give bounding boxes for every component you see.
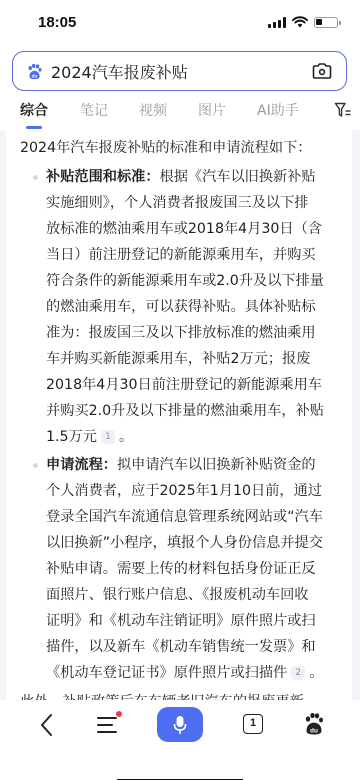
back-icon[interactable] (36, 712, 58, 738)
bullet-title: 申请流程： (46, 457, 117, 473)
search-tabs: 综合 笔记 视频 图片 AI助手 (0, 98, 360, 130)
tab-images[interactable]: 图片 (198, 100, 226, 120)
tab-videos[interactable]: 视频 (139, 100, 167, 120)
svg-text:du: du (31, 73, 37, 78)
citation-badge[interactable]: 2 (291, 666, 305, 680)
signal-icon (268, 17, 286, 28)
notification-dot (116, 711, 122, 717)
tab-notes[interactable]: 笔记 (80, 100, 108, 120)
bullet-title: 补贴范围和标准： (46, 169, 160, 185)
menu-icon (96, 714, 120, 736)
filter-icon[interactable] (334, 101, 352, 119)
bullet-dot (33, 463, 38, 468)
answer-tail-text: 此外，补贴政策后在车辆老旧汽车的报废更新 (20, 690, 304, 700)
baidu-home-icon[interactable]: du (303, 712, 325, 736)
search-bar[interactable]: du 2024汽车报废补贴 (12, 51, 347, 91)
status-bar: 18:05 (0, 0, 360, 46)
active-tab-indicator (26, 126, 42, 129)
ai-answer-card: 2024年汽车报废补贴的标准和申请流程如下： 补贴范围和标准：根据《汽车以旧换新… (6, 130, 352, 700)
citation-badge[interactable]: 1 (101, 430, 115, 444)
tab-comprehensive[interactable]: 综合 (20, 100, 48, 120)
search-input[interactable]: 2024汽车报废补贴 (51, 60, 310, 83)
bottom-nav: 1 du (0, 700, 360, 780)
battery-icon (314, 17, 338, 28)
microphone-icon (173, 715, 187, 735)
tab-ai-assistant[interactable]: AI助手 (257, 100, 299, 120)
baidu-paw-icon: du (25, 62, 43, 80)
bullet-subsidy-standard: 补贴范围和标准：根据《汽车以旧换新补贴 实施细则》，个人消费者报废国三及以下排 … (46, 164, 342, 450)
svg-text:du: du (310, 728, 318, 735)
bullet-application-process: 申请流程：拟申请汽车以旧换新补贴资金的 个人消费者，应于2025年1月10日前，… (46, 452, 342, 686)
bullet-dot (33, 175, 38, 180)
wifi-icon (292, 16, 308, 28)
camera-icon[interactable] (310, 60, 334, 82)
menu-button[interactable] (96, 714, 120, 736)
answer-intro: 2024年汽车报废补贴的标准和申请流程如下： (20, 136, 311, 160)
voice-search-button[interactable] (157, 707, 203, 742)
status-icons (268, 16, 338, 28)
tabs-button[interactable]: 1 (243, 714, 263, 734)
status-time: 18:05 (38, 14, 76, 31)
